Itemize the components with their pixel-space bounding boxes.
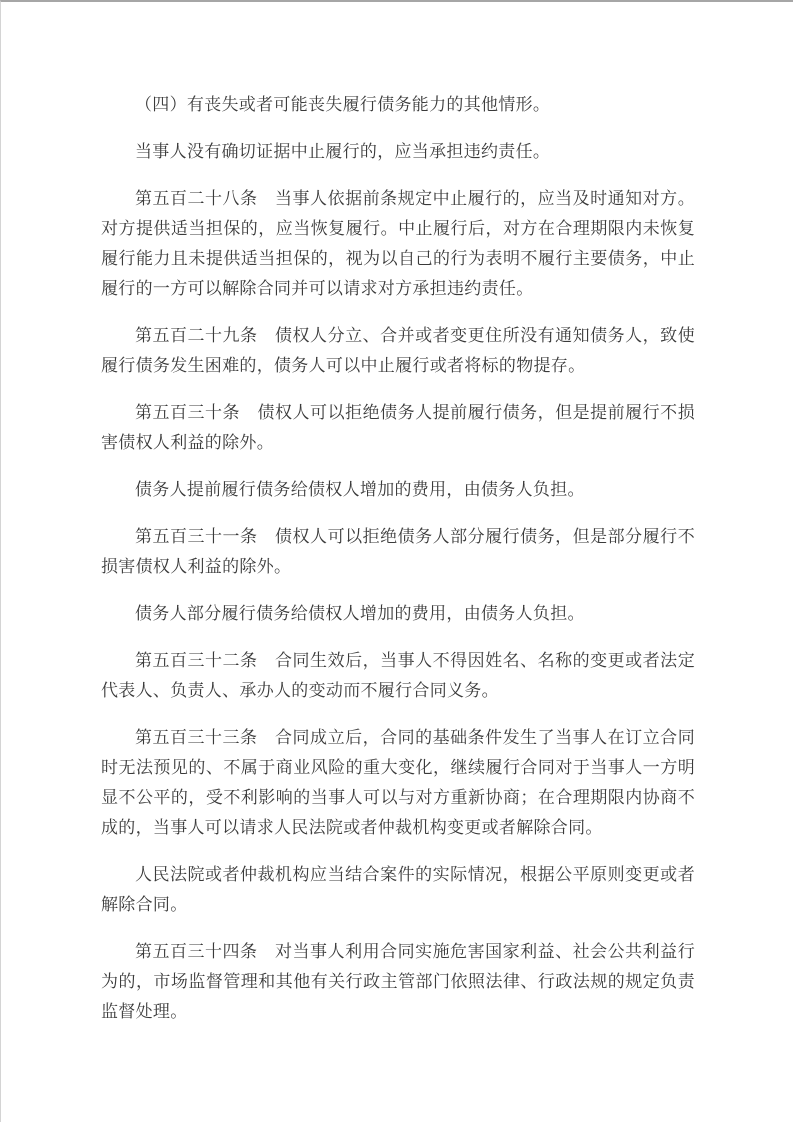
paragraph-court-arbitration-fairness: 人民法院或者仲裁机构应当结合案件的实际情况，根据公平原则变更或者解除合同。 [101,860,695,920]
document-body: （四）有丧失或者可能丧失履行债务能力的其他情形。 当事人没有确切证据中止履行的，… [1,2,793,1027]
paragraph-partial-performance-costs: 债务人部分履行债务给债权人增加的费用，由债务人负担。 [101,599,695,629]
paragraph-article-534: 第五百三十四条 对当事人利用合同实施危害国家利益、社会公共利益行为的，市场监督管… [101,937,695,1027]
paragraph-article-533: 第五百三十三条 合同成立后，合同的基础条件发生了当事人在订立合同时无法预见的、不… [101,723,695,843]
paragraph-item-4-other-circumstances: （四）有丧失或者可能丧失履行债务能力的其他情形。 [101,90,695,120]
document-page: （四）有丧失或者可能丧失履行债务能力的其他情形。 当事人没有确切证据中止履行的，… [0,0,793,1122]
paragraph-early-performance-costs: 债务人提前履行债务给债权人增加的费用，由债务人负担。 [101,475,695,505]
paragraph-article-529: 第五百二十九条 债权人分立、合并或者变更住所没有通知债务人，致使履行债务发生困难… [101,321,695,381]
paragraph-no-evidence-liability: 当事人没有确切证据中止履行的，应当承担违约责任。 [101,137,695,167]
paragraph-article-528: 第五百二十八条 当事人依据前条规定中止履行的，应当及时通知对方。对方提供适当担保… [101,184,695,304]
paragraph-article-532: 第五百三十二条 合同生效后，当事人不得因姓名、名称的变更或者法定代表人、负责人、… [101,646,695,706]
paragraph-article-530: 第五百三十条 债权人可以拒绝债务人提前履行债务，但是提前履行不损害债权人利益的除… [101,398,695,458]
paragraph-article-531: 第五百三十一条 债权人可以拒绝债务人部分履行债务，但是部分履行不损害债权人利益的… [101,522,695,582]
